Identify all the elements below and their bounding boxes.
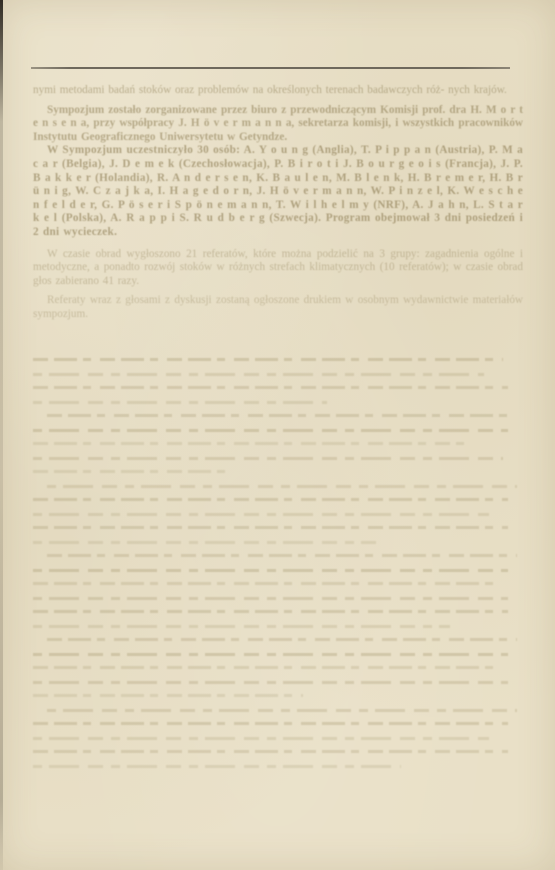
ghost-text-line <box>33 524 508 531</box>
ghost-text-line <box>33 468 229 475</box>
ghost-text-line <box>47 636 517 643</box>
paragraph-publication: Referaty wraz z głosami z dyskusji zosta… <box>33 294 523 321</box>
ghost-text-line <box>47 552 517 559</box>
ghost-text-line <box>47 412 513 419</box>
top-rule <box>31 67 510 69</box>
ghost-text-line <box>33 692 303 699</box>
paragraph-program: W czasie obrad wygłoszono 21 referatów, … <box>33 248 523 289</box>
ghost-text-line <box>33 762 401 769</box>
faded-illegible-text-block <box>33 356 523 776</box>
scan-left-edge-shadow <box>0 0 3 870</box>
ghost-text-line <box>33 356 503 363</box>
ghost-text-line <box>33 650 508 657</box>
scanned-page: nymi metodami badań stoków oraz problemó… <box>0 0 555 870</box>
paragraph-participants: W Sympozjum uczestniczyło 30 osób: A. Y … <box>33 144 523 239</box>
ghost-text-line <box>33 510 489 517</box>
ghost-text-line <box>33 370 484 377</box>
ghost-text-line <box>33 496 508 503</box>
ghost-text-line <box>33 608 508 615</box>
ghost-text-line <box>33 580 499 587</box>
ghost-text-line <box>33 678 508 685</box>
body-text: nymi metodami badań stoków oraz problemó… <box>33 84 523 322</box>
ghost-text-line <box>33 664 494 671</box>
ghost-text-line <box>33 440 464 447</box>
ghost-text-line <box>33 594 508 601</box>
paragraph-organizers: Sympozjum zostało zorganizowane przez bi… <box>33 104 523 145</box>
ghost-text-line <box>33 720 508 727</box>
ghost-text-line <box>33 566 508 573</box>
ghost-text-line <box>33 454 503 461</box>
ghost-text-line <box>33 538 376 545</box>
ghost-text-line <box>47 482 517 489</box>
paragraph-continuation: nymi metodami badań stoków oraz problemó… <box>33 84 523 98</box>
ghost-text-line <box>33 622 450 629</box>
ghost-text-line <box>33 426 508 433</box>
ghost-text-line <box>33 748 508 755</box>
ghost-text-line <box>33 734 489 741</box>
ghost-text-line <box>47 706 517 713</box>
ghost-text-line <box>33 398 327 405</box>
ghost-text-line <box>33 384 508 391</box>
